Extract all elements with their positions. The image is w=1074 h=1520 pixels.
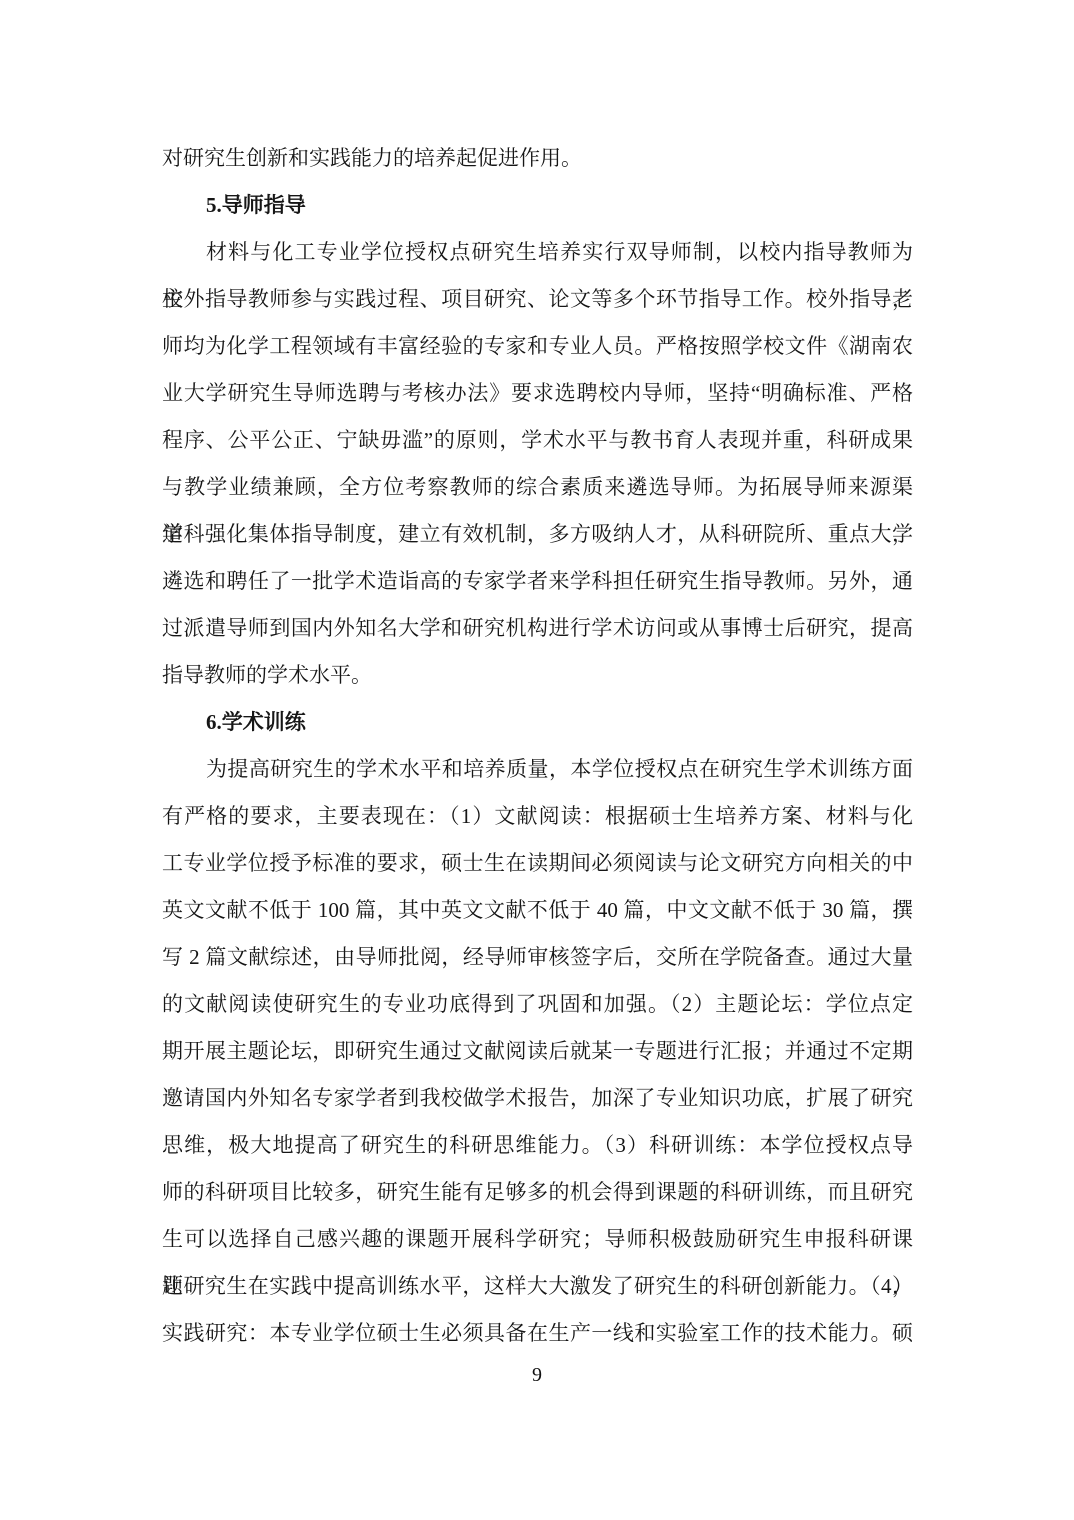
document-page: 对研究生创新和实践能力的培养起促进作用。 5.导师指导 材料与化工专业学位授权点… [0,0,1074,1520]
page-body: 对研究生创新和实践能力的培养起促进作用。 5.导师指导 材料与化工专业学位授权点… [162,135,913,1357]
section-heading-5: 5.导师指导 [162,182,913,229]
text-line: 校外指导教师参与实践过程、项目研究、论文等多个环节指导工作。校外指导老 [162,276,913,323]
text-line: 实践研究：本专业学位硕士生必须具备在生产一线和实验室工作的技术能力。硕 [162,1310,913,1357]
text-line: 工专业学位授予标准的要求，硕士生在读期间必须阅读与论文研究方向相关的中 [162,840,913,887]
text-line: 遴选和聘任了一批学术造诣高的专家学者来学科担任研究生指导教师。另外，通 [162,558,913,605]
text-line: 材料与化工专业学位授权点研究生培养实行双导师制，以校内指导教师为主， [162,229,913,276]
text-line: 生可以选择自己感兴趣的课题开展科学研究；导师积极鼓励研究生申报科研课题， [162,1216,913,1263]
text-line: 指导教师的学术水平。 [162,652,913,699]
page-number: 9 [0,1364,1074,1387]
text-line: 让研究生在实践中提高训练水平，这样大大激发了研究生的科研创新能力。（4） [162,1263,913,1310]
text-line: 对研究生创新和实践能力的培养起促进作用。 [162,135,913,182]
text-line: 写 2 篇文献综述，由导师批阅，经导师审核签字后，交所在学院备查。通过大量 [162,934,913,981]
text-line: 邀请国内外知名专家学者到我校做学术报告，加深了专业知识功底，扩展了研究 [162,1075,913,1122]
text-line: 学科强化集体指导制度，建立有效机制，多方吸纳人才，从科研院所、重点大学 [162,511,913,558]
text-line: 的文献阅读使研究生的专业功底得到了巩固和加强。（2）主题论坛：学位点定 [162,981,913,1028]
text-line: 业大学研究生导师选聘与考核办法》要求选聘校内导师，坚持“明确标准、严格 [162,370,913,417]
text-line: 与教学业绩兼顾，全方位考察教师的综合素质来遴选导师。为拓展导师来源渠道， [162,464,913,511]
text-line: 期开展主题论坛，即研究生通过文献阅读后就某一专题进行汇报；并通过不定期 [162,1028,913,1075]
text-line: 师的科研项目比较多，研究生能有足够多的机会得到课题的科研训练，而且研究 [162,1169,913,1216]
text-line: 过派遣导师到国内外知名大学和研究机构进行学术访问或从事博士后研究，提高 [162,605,913,652]
text-line: 师均为化学工程领域有丰富经验的专家和专业人员。严格按照学校文件《湖南农 [162,323,913,370]
text-line: 为提高研究生的学术水平和培养质量，本学位授权点在研究生学术训练方面 [162,746,913,793]
section-heading-6: 6.学术训练 [162,699,913,746]
text-line: 英文文献不低于 100 篇，其中英文文献不低于 40 篇，中文文献不低于 30 … [162,887,913,934]
text-line: 程序、公平公正、宁缺毋滥”的原则，学术水平与教书育人表现并重，科研成果 [162,417,913,464]
text-line: 思维，极大地提高了研究生的科研思维能力。（3）科研训练：本学位授权点导 [162,1122,913,1169]
text-line: 有严格的要求，主要表现在：（1）文献阅读：根据硕士生培养方案、材料与化 [162,793,913,840]
